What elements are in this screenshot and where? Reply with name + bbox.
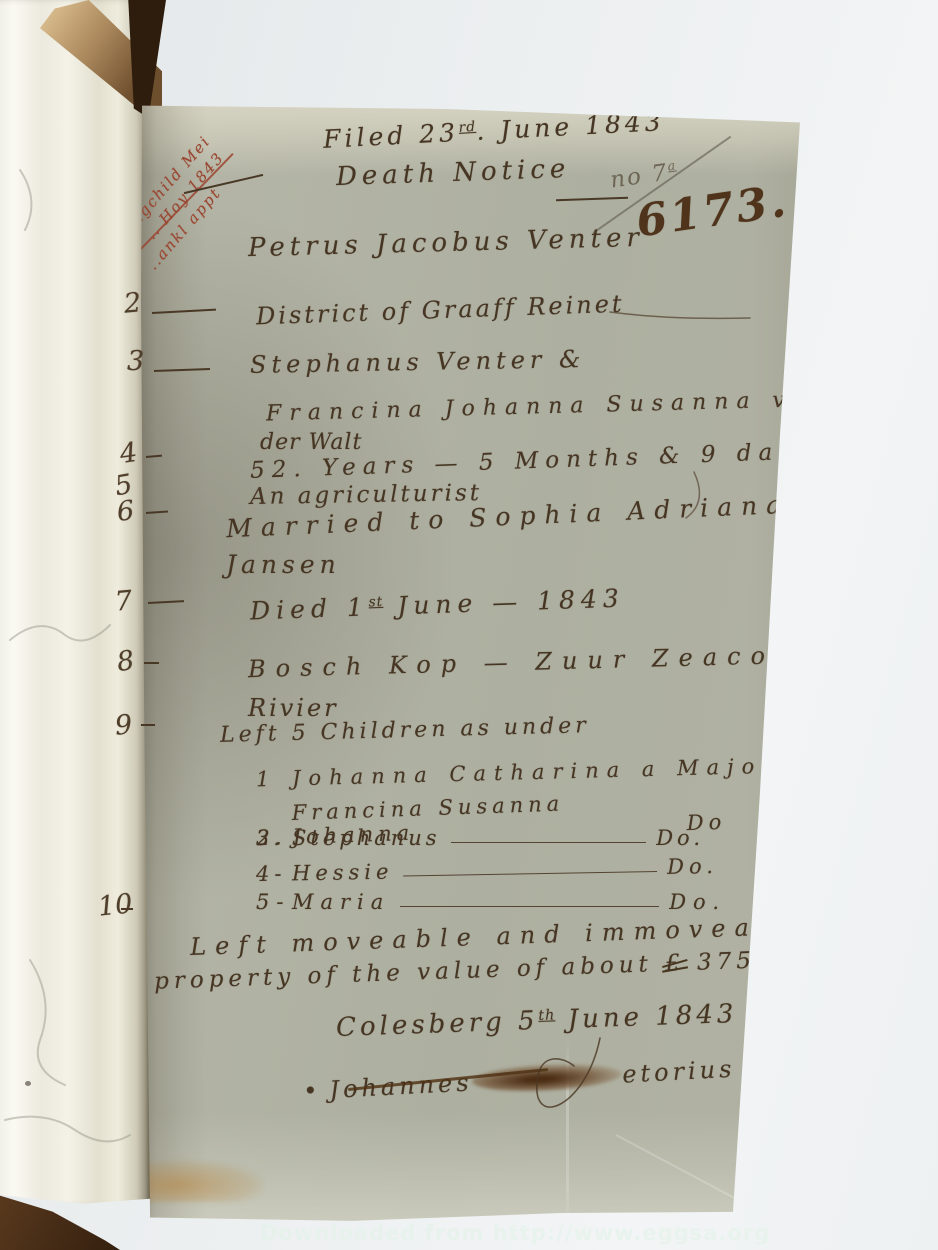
- ink-speck: [25, 1081, 31, 1086]
- margin-number-9: 9: [114, 709, 134, 741]
- margin-number-10: 10: [96, 888, 133, 922]
- pen-flourishes: [138, 100, 808, 1222]
- watermark-text: Downloaded from http://www.eggsa.org: [260, 1221, 770, 1245]
- margin-number-7: 7: [114, 585, 134, 617]
- margin-number-2: 2: [123, 287, 143, 319]
- death-notice-page: ..d in ..agchild Mei .. Hoy 1843 ..ankl …: [138, 100, 808, 1222]
- margin-number-6: 6: [115, 495, 135, 528]
- margin-dash-10: [121, 908, 133, 910]
- death-notice-photo: 2 3 4 5 6 7 8 9 10 ..d in ..agchild Mei …: [0, 0, 938, 1250]
- margin-number-3: 3: [127, 346, 144, 377]
- margin-dash-8: [144, 662, 159, 664]
- margin-dash-9: [141, 724, 155, 726]
